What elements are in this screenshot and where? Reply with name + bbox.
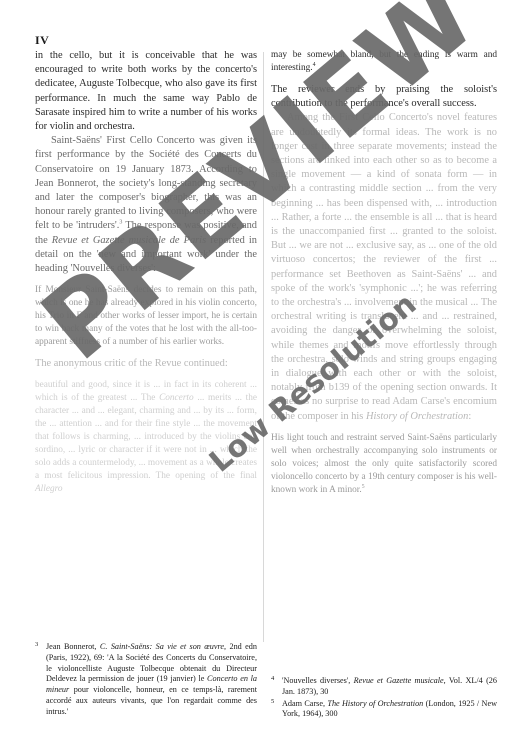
left-column: in the cello, but it is conceivable that… xyxy=(35,49,257,504)
right-column: may be somewhat bland, but the ending is… xyxy=(271,49,497,505)
block-quote-carse: His light touch and restraint served Sai… xyxy=(271,432,497,497)
footnotes-left: 3Jean Bonnerot, C. Saint-Saëns: Sa vie e… xyxy=(35,642,257,719)
footnote-5: 5Adam Carse, The History of Orchestratio… xyxy=(271,699,497,721)
footnote-number: 5 xyxy=(271,697,274,708)
paragraph-cello-inspiration: in the cello, but it is conceivable that… xyxy=(35,49,257,134)
footnote-4: 4'Nouvelles diverses', Revue et Gazette … xyxy=(271,676,497,698)
paragraph-novel-features: Among the First Cello Concerto's novel f… xyxy=(271,111,497,423)
footnote-number: 4 xyxy=(271,674,274,685)
paragraph-anonymous-critic: The anonymous critic of the Revue contin… xyxy=(35,357,257,371)
paragraph-first-performance: Saint-Saëns' First Cello Concerto was gi… xyxy=(35,134,257,276)
paragraph-reviewer-ends: The reviewer ends by praising the solois… xyxy=(271,83,497,111)
block-quote-revue-continued: beautiful and good, since it is ... in f… xyxy=(35,379,257,496)
block-quote-revue: If Monsieur Saint-Saëns decides to remai… xyxy=(35,284,257,349)
footnote-ref-5[interactable]: 5 xyxy=(362,484,365,490)
journal-title: Revue et Gazette musicale de Paris xyxy=(52,235,206,246)
column-divider xyxy=(263,52,264,642)
block-quote-ending: may be somewhat bland, but the ending is… xyxy=(271,49,497,75)
book-title: History of Orchestration xyxy=(366,411,468,422)
footnotes-right: 4'Nouvelles diverses', Revue et Gazette … xyxy=(271,676,497,721)
page-number: IV xyxy=(35,33,49,48)
footnote-ref-4[interactable]: 4 xyxy=(313,62,316,68)
footnote-3: 3Jean Bonnerot, C. Saint-Saëns: Sa vie e… xyxy=(35,642,257,718)
footnote-number: 3 xyxy=(35,640,38,651)
